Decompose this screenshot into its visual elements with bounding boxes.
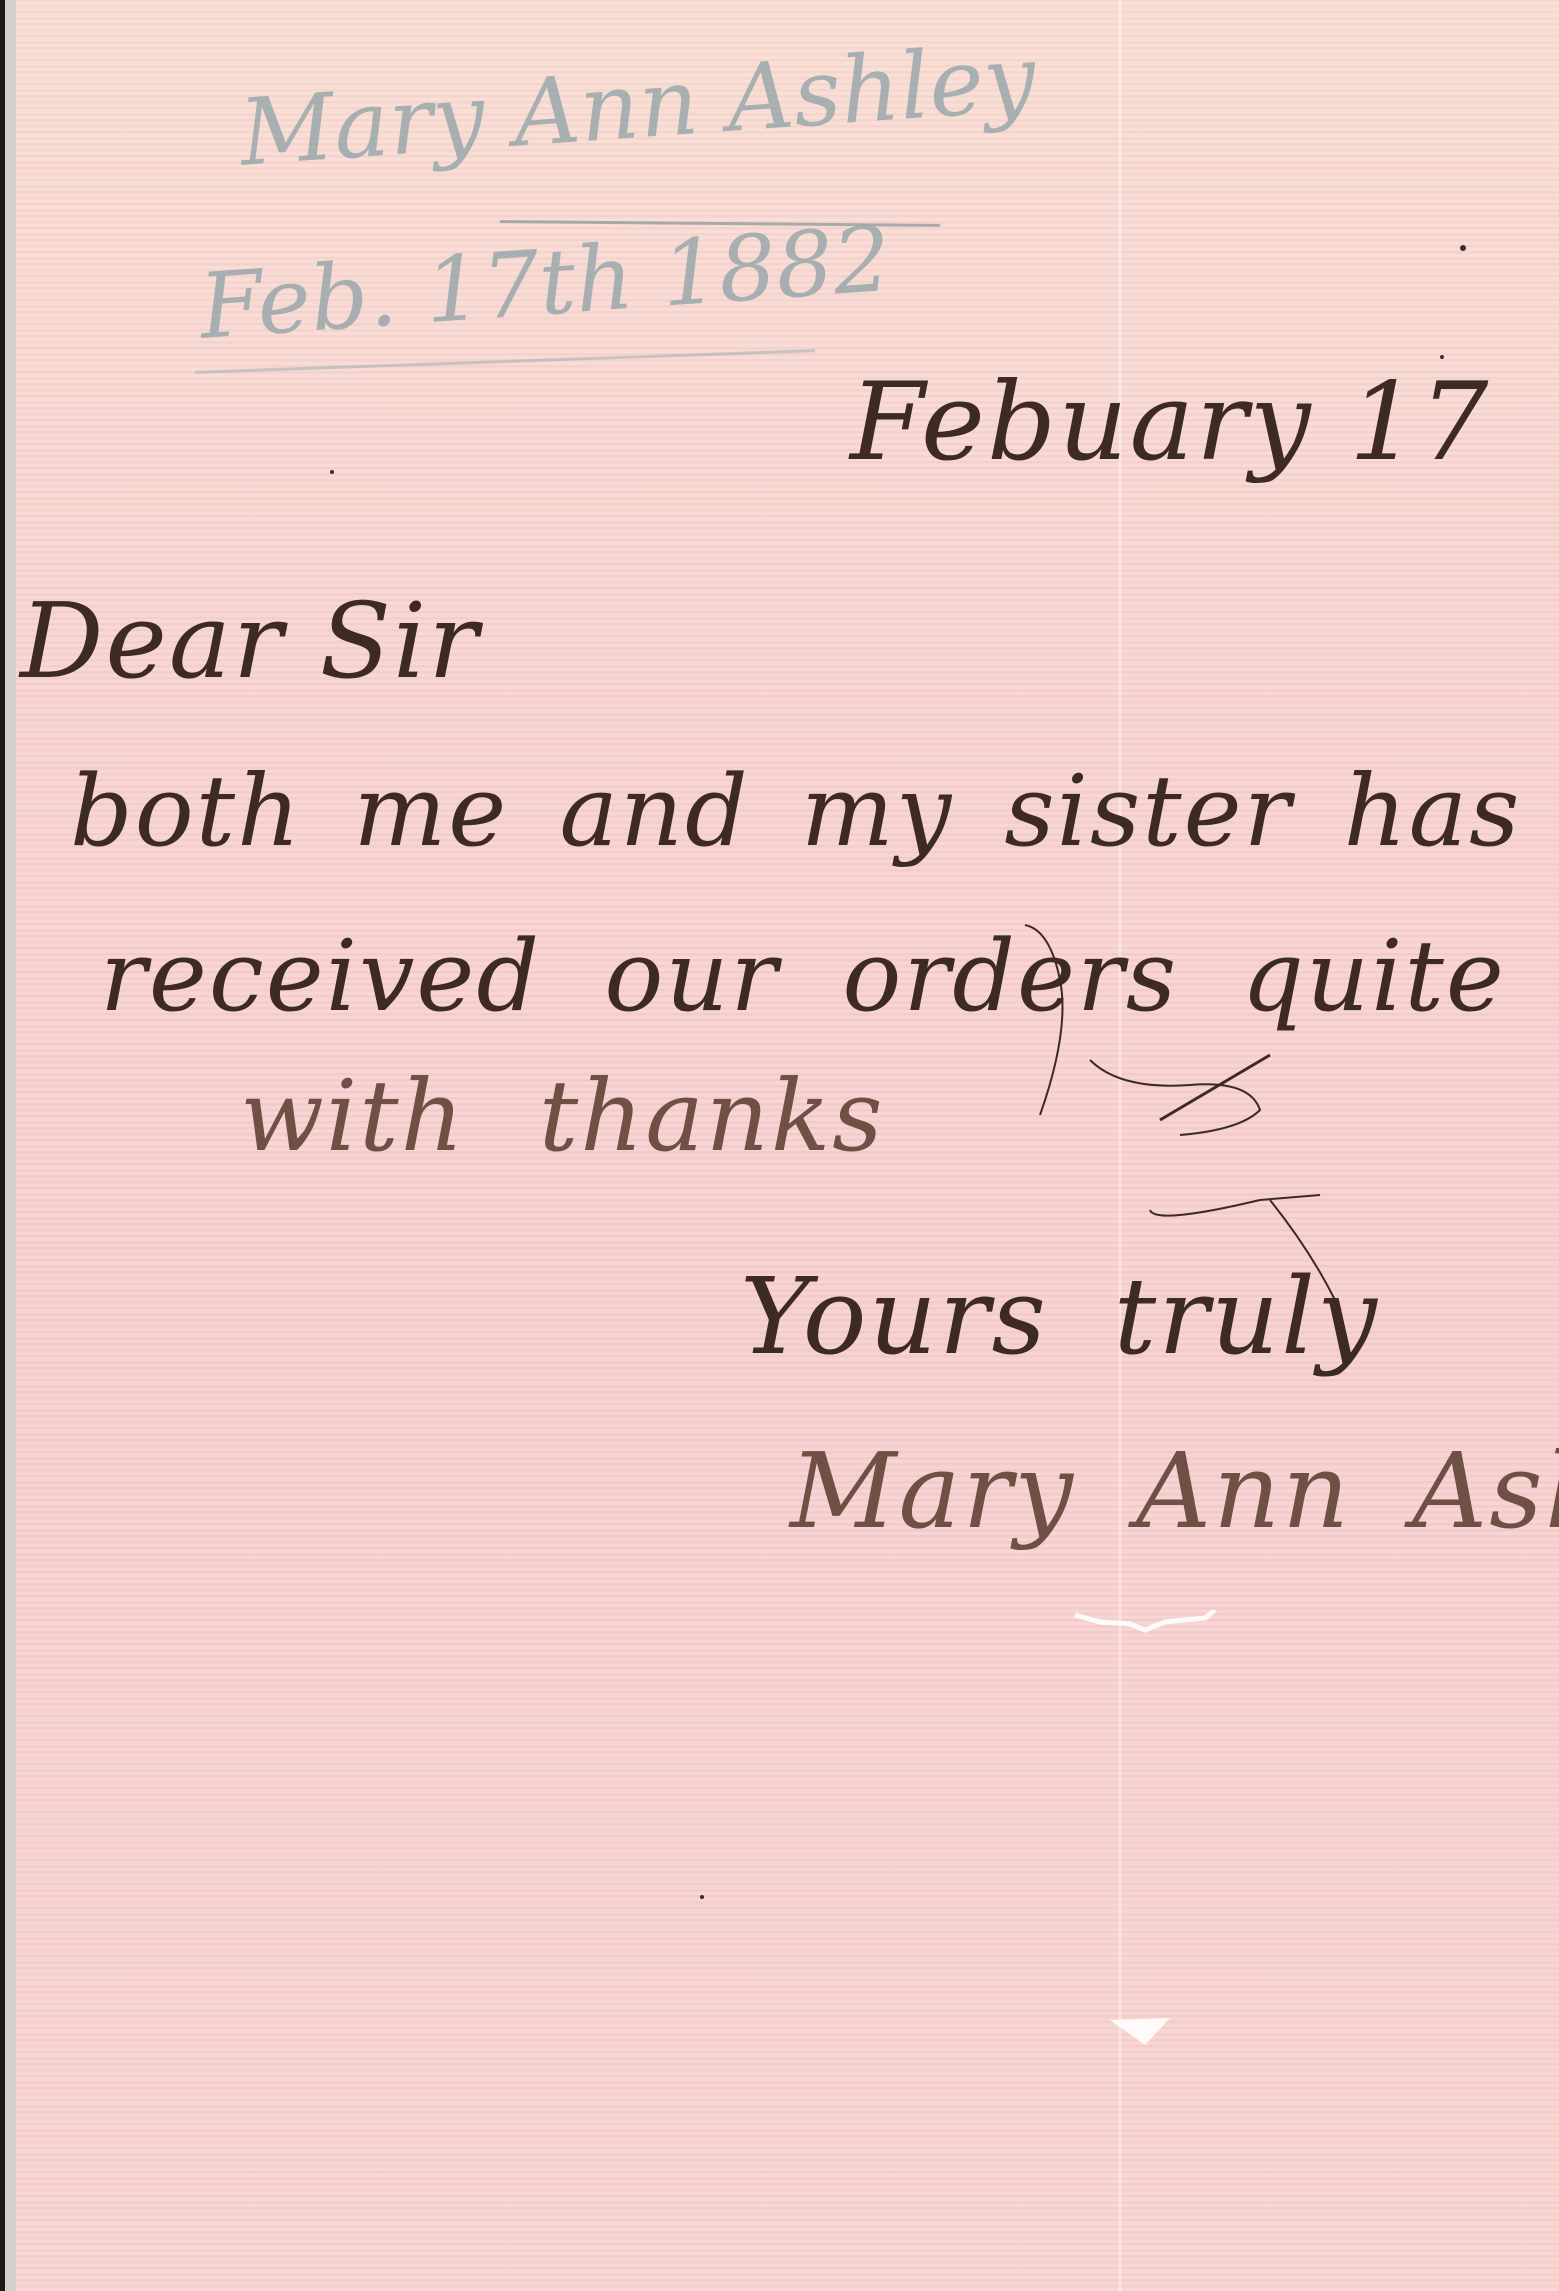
ink-speck — [330, 470, 334, 474]
letter-body-line-3: with thanks — [240, 1060, 885, 1174]
ink-speck — [1460, 245, 1466, 251]
paper-tear-mark — [1070, 1610, 1220, 1640]
letter-page: Mary Ann Ashley Feb. 17th 1882 Febuary 1… — [0, 0, 1559, 2291]
pencil-annotation-name: Mary Ann Ashley — [236, 25, 1039, 187]
letter-signature: Mary Ann Ashley — [790, 1430, 1559, 1552]
torn-left-edge — [0, 0, 16, 2291]
ink-speck — [1440, 355, 1444, 359]
letter-date: Febuary 17 — [850, 360, 1490, 485]
ink-speck — [700, 1895, 704, 1899]
letter-body-line-2: received our orders quite safe — [100, 920, 1559, 1034]
letter-body-line-1: both me and my sister has — [70, 755, 1521, 869]
paper-tear-mark-lower — [1105, 2010, 1175, 2050]
ink-cross-mark-icon — [1080, 1050, 1340, 1310]
letter-greeting: Dear Sir — [20, 580, 480, 702]
pencil-annotation-date: Feb. 17th 1882 — [196, 207, 894, 360]
ink-bracket-mark — [1020, 920, 1080, 1120]
